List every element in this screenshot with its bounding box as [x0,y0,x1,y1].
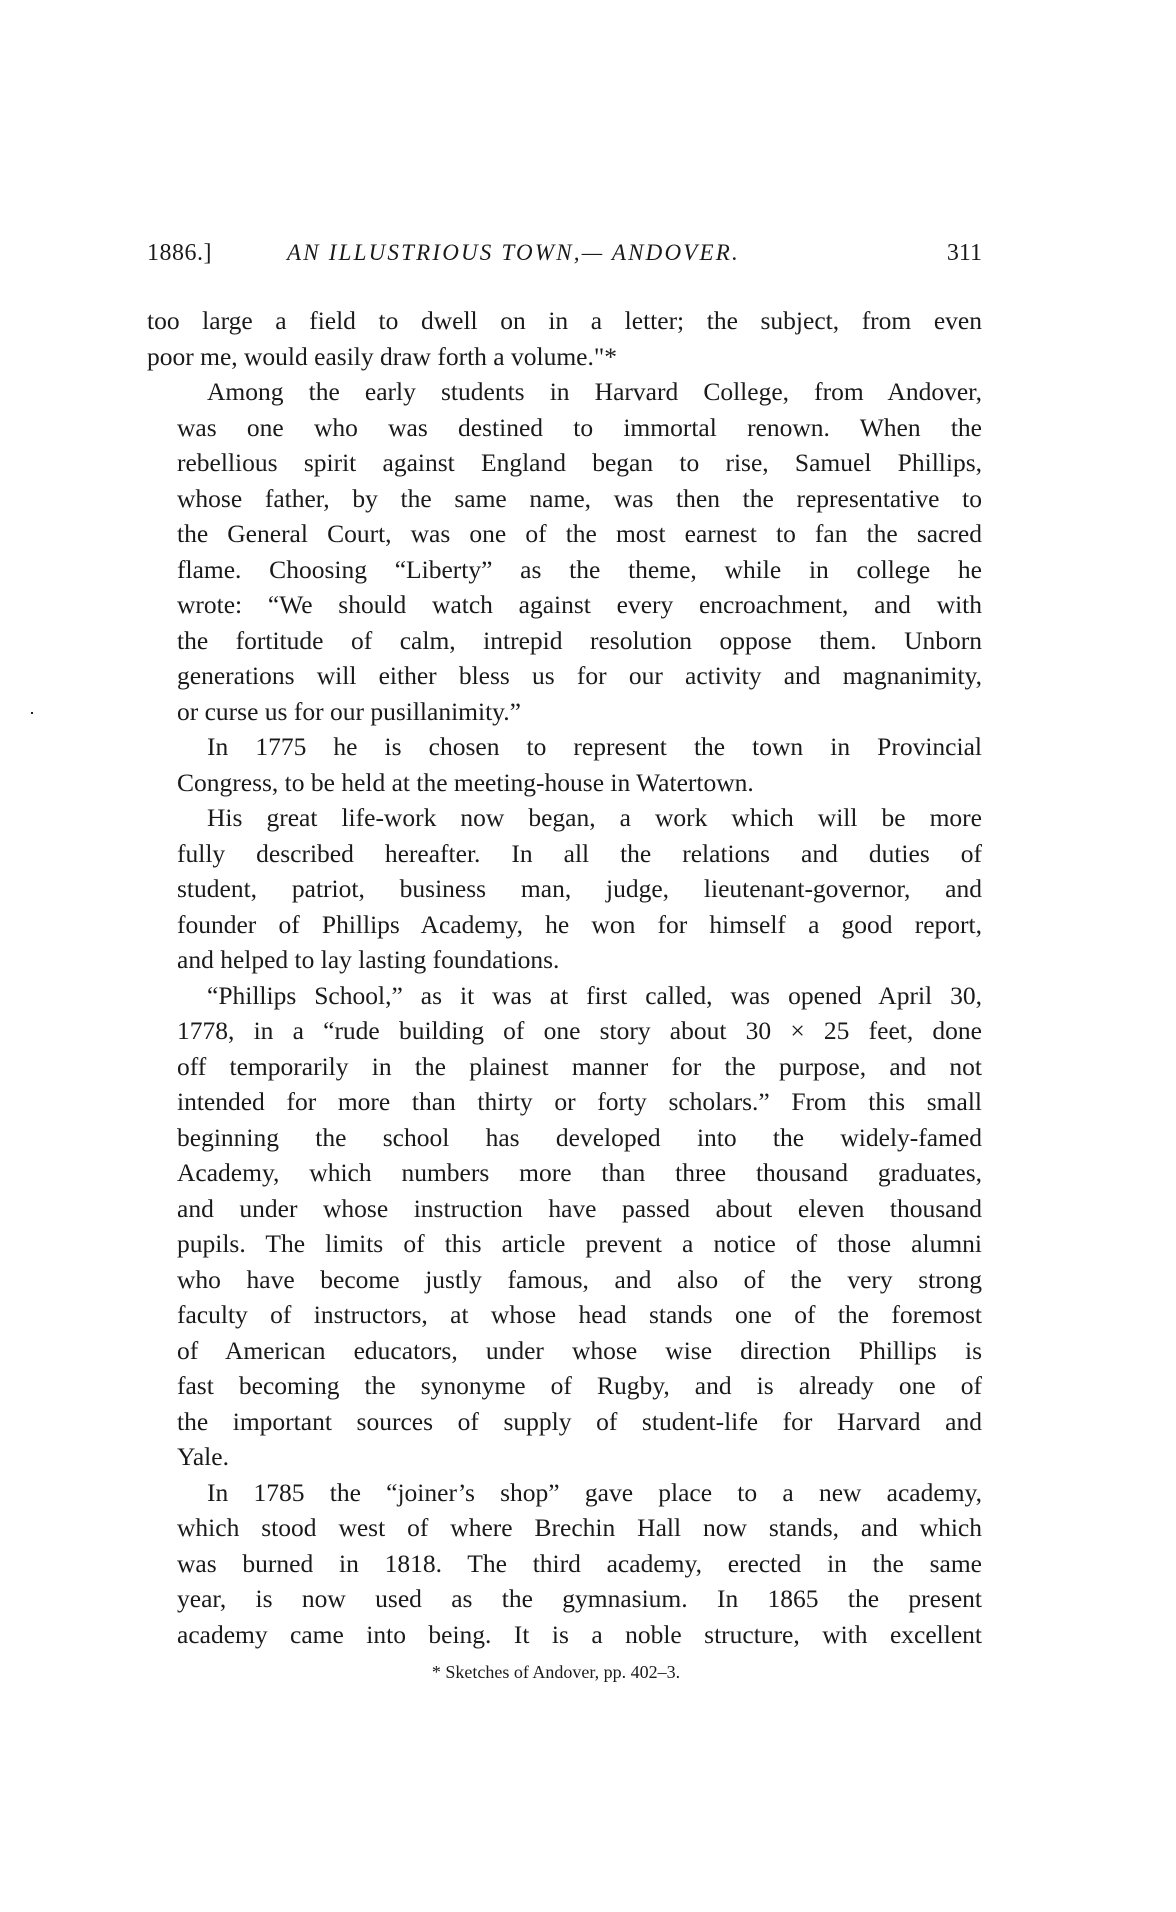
text-line: poor me, would easily draw forth a volum… [147,339,982,375]
text-line: academy came into being. It is a noble s… [147,1617,982,1653]
text-line: fast becoming the synonyme of Rugby, and… [147,1368,982,1404]
text-line: Academy, which numbers more than three t… [147,1155,982,1191]
text-line: was one who was destined to immortal ren… [147,410,982,446]
running-head: 1886.] AN ILLUSTRIOUS TOWN,— ANDOVER. 31… [147,236,982,270]
text-line: the fortitude of calm, intrepid resoluti… [147,623,982,659]
text-line: His great life-work now began, a work wh… [147,800,982,836]
text-line: or curse us for our pusillanimity.” [147,694,982,730]
running-head-year: 1886.] [147,236,212,270]
text-line: flame. Choosing “Liberty” as the theme, … [147,552,982,588]
text-line: pupils. The limits of this article preve… [147,1226,982,1262]
text-line: student, patriot, business man, judge, l… [147,871,982,907]
text-line: “Phillips School,” as it was at first ca… [147,978,982,1014]
text-line: Among the early students in Harvard Coll… [147,374,982,410]
text-line: whose father, by the same name, was then… [147,481,982,517]
running-head-title: AN ILLUSTRIOUS TOWN,— ANDOVER. [287,236,740,270]
text-line: wrote: “We should watch against every en… [147,587,982,623]
paragraph: “Phillips School,” as it was at first ca… [147,978,982,1475]
text-line: founder of Phillips Academy, he won for … [147,907,982,943]
paragraph: too large a field to dwell on in a lette… [147,303,982,374]
page-number: 311 [947,236,982,270]
paragraph: Among the early students in Harvard Coll… [147,374,982,729]
text-line: Congress, to be held at the meeting-hous… [147,765,982,801]
text-line: the General Court, was one of the most e… [147,516,982,552]
text-line: was burned in 1818. The third academy, e… [147,1546,982,1582]
text-line: too large a field to dwell on in a lette… [147,303,982,339]
paragraph: His great life-work now began, a work wh… [147,800,982,978]
text-line: Yale. [147,1439,982,1475]
text-line: generations will either bless us for our… [147,658,982,694]
text-line: In 1775 he is chosen to represent the to… [147,729,982,765]
text-line: off temporarily in the plainest manner f… [147,1049,982,1085]
body-text: too large a field to dwell on in a lette… [147,303,982,1652]
footnote: * Sketches of Andover, pp. 402–3. [0,1660,1112,1684]
book-page: 1886.] AN ILLUSTRIOUS TOWN,— ANDOVER. 31… [0,0,1176,1912]
text-line: and under whose instruction have passed … [147,1191,982,1227]
text-line: faculty of instructors, at whose head st… [147,1297,982,1333]
text-line: the important sources of supply of stude… [147,1404,982,1440]
text-line: who have become justly famous, and also … [147,1262,982,1298]
text-line: which stood west of where Brechin Hall n… [147,1510,982,1546]
text-line: 1778, in a “rude building of one story a… [147,1013,982,1049]
text-line: intended for more than thirty or forty s… [147,1084,982,1120]
text-line: beginning the school has developed into … [147,1120,982,1156]
text-line: year, is now used as the gymnasium. In 1… [147,1581,982,1617]
text-line: In 1785 the “joiner’s shop” gave place t… [147,1475,982,1511]
paragraph: In 1775 he is chosen to represent the to… [147,729,982,800]
scan-artifact [31,712,33,714]
text-line: rebellious spirit against England began … [147,445,982,481]
text-line: and helped to lay lasting foundations. [147,942,982,978]
text-line: fully described hereafter. In all the re… [147,836,982,872]
paragraph: In 1785 the “joiner’s shop” gave place t… [147,1475,982,1653]
text-line: of American educators, under whose wise … [147,1333,982,1369]
